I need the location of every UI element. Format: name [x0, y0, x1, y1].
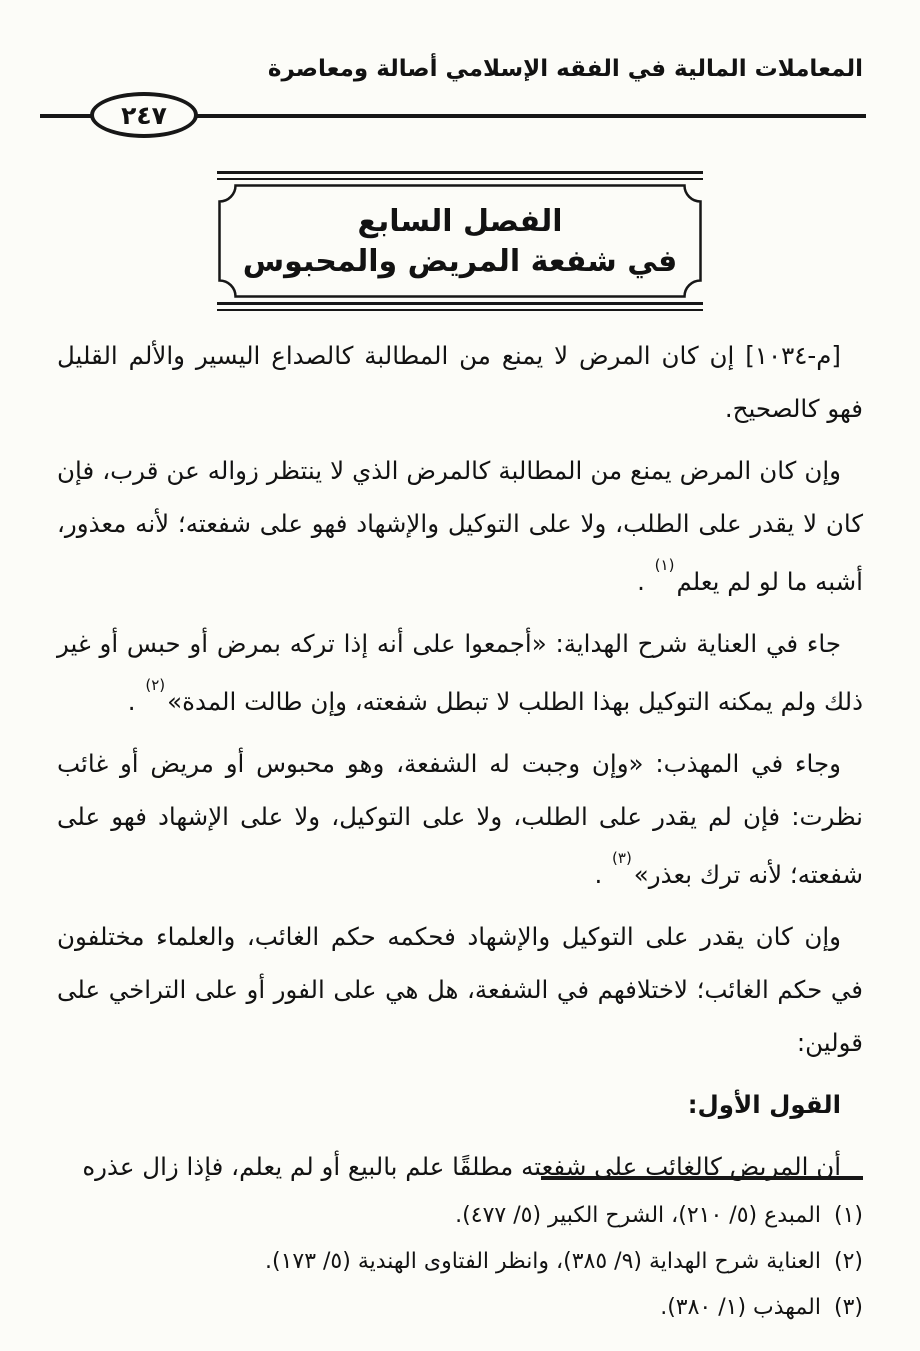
- chapter-title-line1: الفصل السابع: [357, 205, 562, 238]
- double-rule-bottom: [217, 302, 703, 311]
- paragraph-1: [م-١٠٣٤] إن كان المرض لا يمنع من المطالب…: [57, 329, 863, 435]
- paragraph-3-tail: .: [128, 687, 144, 716]
- footnote-3-text: المهذب (١/ ٣٨٠).: [660, 1285, 821, 1331]
- footnote-3-number: (٣): [834, 1285, 863, 1331]
- body-text: [م-١٠٣٤] إن كان المرض لا يمنع من المطالب…: [57, 329, 863, 1202]
- paragraph-2-text: وإن كان المرض يمنع من المطالبة كالمرض ال…: [57, 456, 863, 596]
- footnote-2-text: العناية شرح الهداية (٩/ ٣٨٥)، وانظر الفت…: [265, 1239, 821, 1285]
- chapter-title-box: الفصل السابع في شفعة المريض والمحبوس: [217, 171, 703, 311]
- chapter-title-frame: الفصل السابع في شفعة المريض والمحبوس: [218, 184, 702, 298]
- chapter-title-line2: في شفعة المريض والمحبوس: [243, 245, 677, 278]
- section-heading-first-opinion: القول الأول:: [57, 1078, 863, 1131]
- section-heading-text: القول الأول:: [688, 1090, 841, 1119]
- footnote-2: (٢) العناية شرح الهداية (٩/ ٣٨٥)، وانظر …: [57, 1239, 863, 1285]
- footnote-1-number: (١): [834, 1193, 863, 1239]
- paragraph-4-tail: .: [594, 860, 610, 889]
- paragraph-3: جاء في العناية شرح الهداية: «أجمعوا على …: [57, 617, 863, 728]
- book-page: المعاملات المالية في الفقه الإسلامي أصال…: [0, 0, 920, 1351]
- paragraph-2-tail: .: [637, 567, 653, 596]
- paragraph-4: وجاء في المهذب: «وإن وجبت له الشفعة، وهو…: [57, 737, 863, 901]
- footnote-1-text: المبدع (٥/ ٢١٠)، الشرح الكبير (٥/ ٤٧٧).: [455, 1193, 821, 1239]
- paragraph-2: وإن كان المرض يمنع من المطالبة كالمرض ال…: [57, 444, 863, 608]
- paragraph-3-text: جاء في العناية شرح الهداية: «أجمعوا على …: [57, 629, 863, 716]
- paragraph-5-text: وإن كان يقدر على التوكيل والإشهاد فحكمه …: [57, 922, 863, 1057]
- footnote-marker-1: (١): [655, 556, 675, 574]
- page-number-badge: ٢٤٧: [90, 92, 198, 138]
- footnote-2-number: (٢): [834, 1239, 863, 1285]
- footnotes-section: (١) المبدع (٥/ ٢١٠)، الشرح الكبير (٥/ ٤٧…: [57, 1176, 863, 1331]
- footnotes-separator: [541, 1176, 863, 1180]
- double-rule-top: [217, 171, 703, 180]
- footnote-3: (٣) المهذب (١/ ٣٨٠).: [57, 1285, 863, 1331]
- footnote-1: (١) المبدع (٥/ ٢١٠)، الشرح الكبير (٥/ ٤٧…: [57, 1193, 863, 1239]
- footnote-marker-3: (٣): [612, 849, 632, 867]
- chapter-title: الفصل السابع في شفعة المريض والمحبوس: [218, 184, 702, 298]
- book-title: المعاملات المالية في الفقه الإسلامي أصال…: [268, 56, 863, 82]
- paragraph-4-text: وجاء في المهذب: «وإن وجبت له الشفعة، وهو…: [57, 749, 863, 889]
- page-number: ٢٤٧: [121, 101, 167, 130]
- paragraph-5: وإن كان يقدر على التوكيل والإشهاد فحكمه …: [57, 910, 863, 1069]
- paragraph-1-text: [م-١٠٣٤] إن كان المرض لا يمنع من المطالب…: [57, 341, 863, 423]
- footnote-marker-2: (٢): [145, 676, 165, 694]
